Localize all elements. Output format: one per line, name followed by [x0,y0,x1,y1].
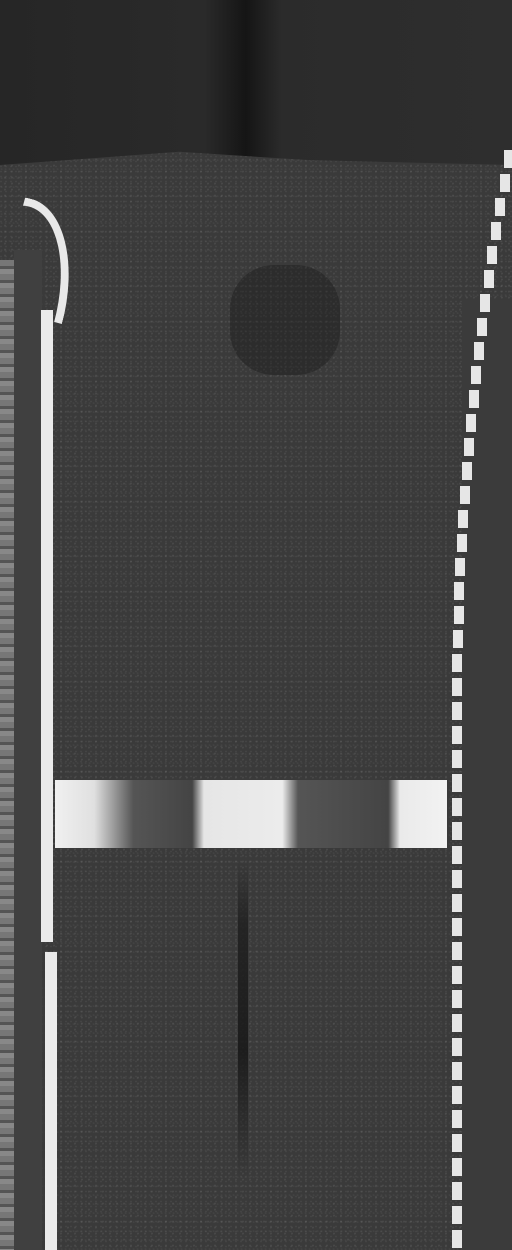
stop-bar [55,780,447,848]
lane-dash [452,822,462,840]
lane-dash [454,606,464,624]
lane-dash [452,774,462,792]
lane-dash [452,1230,462,1248]
lane-dash [452,1206,462,1224]
lane-dash [452,702,462,720]
lane-dash [452,870,462,888]
lane-dash [452,942,462,960]
lane-dash [458,510,468,528]
lane-dash [495,198,505,216]
lane-dash [455,558,465,576]
road-aerial-image [0,0,512,1250]
lane-dash [474,342,484,360]
lane-dash [452,1134,462,1152]
lane-dash [460,486,470,504]
lane-dash [452,990,462,1008]
lane-dash [452,1110,462,1128]
lane-dash [484,270,494,288]
lane-dash [452,966,462,984]
lane-dash [452,1014,462,1032]
lane-dash [471,366,481,384]
lane-dash [477,318,487,336]
lane-dash [462,462,472,480]
lane-dash [453,630,463,648]
lane-dash [452,1182,462,1200]
lane-dash [500,174,510,192]
center-crack [238,860,248,1180]
lane-dash [452,654,462,672]
left-edge-line-lower [45,952,57,1250]
lane-dash [452,1158,462,1176]
lane-dash [466,414,476,432]
lane-dash [452,1038,462,1056]
lane-dash [452,846,462,864]
left-edge-line [41,310,53,942]
lane-dash [504,150,512,168]
lane-dash [454,582,464,600]
lane-dash [452,726,462,744]
lane-dash [487,246,497,264]
pavement-stain [230,265,340,375]
lane-dash [452,894,462,912]
lane-dash [452,798,462,816]
lane-dash [452,1086,462,1104]
lane-dash [457,534,467,552]
lane-dash [452,750,462,768]
lane-dash [480,294,490,312]
lane-dash [452,1062,462,1080]
left-curb [0,260,14,1250]
left-shoulder [14,250,42,1250]
resurfaced-band [0,0,512,165]
lane-dash [464,438,474,456]
lane-dash [452,678,462,696]
lane-dash [452,918,462,936]
lane-dash [491,222,501,240]
lane-dash [469,390,479,408]
